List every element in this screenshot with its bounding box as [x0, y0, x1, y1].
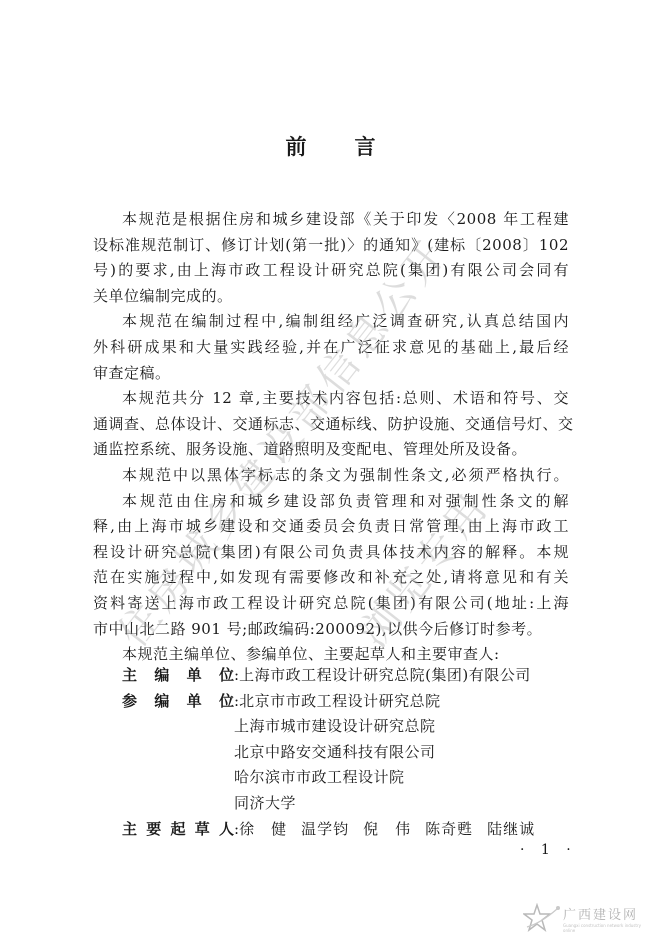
- logo-subtitle: Guangxi construction network industry on…: [563, 923, 653, 933]
- text-line: 本规范中以黑体字标志的条文为强制性条文,必须严格执行。: [93, 463, 569, 489]
- logo-name: 广西建设网: [563, 904, 638, 923]
- chief-unit-row: 主编单位:上海市政工程设计研究总院(集团)有限公司: [122, 663, 549, 689]
- participating-unit: 北京市市政工程设计研究总院: [239, 692, 441, 710]
- page-number: · 1 ·: [520, 842, 577, 858]
- chief-unit-label: 主编单位: [122, 663, 234, 689]
- text-line: 程设计研究总院(集团)有限公司负责具体技术内容的解释。本规: [93, 540, 569, 566]
- text-line: 释,由上海市城乡建设和交通委员会负责日常管理,由上海市政工: [93, 514, 569, 540]
- participating-unit: 上海市城市建设设计研究总院: [122, 717, 436, 735]
- text-line: 关单位编制完成的。: [93, 284, 569, 310]
- participating-unit-row: 同济大学: [122, 791, 549, 817]
- drafter-name: 倪 伟: [363, 817, 411, 843]
- text-line: 市中山北二路 901 号;邮政编码:200092),以供今后修订时参考。: [93, 617, 569, 643]
- drafter-name: 徐 健: [239, 817, 287, 843]
- preface-body: 本规范是根据住房和城乡建设部《关于印发〈2008 年工程建 设标准规范制订、修订…: [93, 207, 569, 668]
- text-line: 本规范由住房和城乡建设部负责管理和对强制性条文的解: [93, 489, 569, 515]
- text-line: 本规范共分 12 章,主要技术内容包括:总则、术语和符号、交: [93, 386, 569, 412]
- drafter-name: 陈奇甦: [425, 817, 473, 843]
- star-logo-icon: [523, 903, 561, 933]
- document-page: 前言 本规范是根据住房和城乡建设部《关于印发〈2008 年工程建 设标准规范制订…: [0, 0, 661, 945]
- participating-label: 参编单位: [122, 689, 234, 715]
- site-logo: 广西建设网 Guangxi construction network indus…: [523, 903, 653, 933]
- drafters-row: 主要起草人:徐 健温学钧倪 伟陈奇甦陆继诚: [122, 817, 549, 843]
- participating-unit-row: 北京中路安交通科技有限公司: [122, 740, 549, 766]
- participating-unit-row: 参编单位:北京市市政工程设计研究总院: [122, 689, 549, 715]
- text-line: 号)的要求,由上海市政工程设计研究总院(集团)有限公司会同有: [93, 258, 569, 284]
- title-char: 言: [355, 131, 376, 161]
- participating-unit-row: 上海市城市建设设计研究总院: [122, 714, 549, 740]
- text-line: 范在实施过程中,如发现有需要修改和补充之处,请将意见和有关: [93, 565, 569, 591]
- participating-unit: 同济大学: [122, 794, 296, 812]
- text-line: 本规范在编制过程中,编制组经广泛调查研究,认真总结国内: [93, 309, 569, 335]
- text-line: 外科研成果和大量实践经验,并在广泛征求意见的基础上,最后经: [93, 335, 569, 361]
- chief-unit-value: 上海市政工程设计研究总院(集团)有限公司: [239, 666, 531, 684]
- text-line: 资料寄送上海市政工程设计研究总院(集团)有限公司(地址:上海: [93, 591, 569, 617]
- text-line: 本规范是根据住房和城乡建设部《关于印发〈2008 年工程建: [93, 207, 569, 233]
- credits-section: 主编单位:上海市政工程设计研究总院(集团)有限公司 参编单位:北京市市政工程设计…: [122, 663, 549, 842]
- text-line: 审查定稿。: [93, 361, 569, 387]
- page-title: 前言: [0, 131, 661, 161]
- participating-unit: 北京中路安交通科技有限公司: [122, 743, 436, 761]
- text-line: 通调查、总体设计、交通标志、交通标线、防护设施、交通信号灯、交: [93, 412, 569, 438]
- text-line: 通监控系统、服务设施、道路照明及变配电、管理处所及设备。: [93, 437, 569, 463]
- participating-unit-row: 哈尔滨市市政工程设计院: [122, 765, 549, 791]
- drafter-name: 陆继诚: [487, 817, 535, 843]
- text-line: 设标准规范制订、修订计划(第一批)〉的通知》(建标〔2008〕102: [93, 233, 569, 259]
- participating-unit: 哈尔滨市市政工程设计院: [122, 768, 405, 786]
- drafter-name: 温学钧: [301, 817, 349, 843]
- drafters-label: 主要起草人: [122, 817, 234, 843]
- title-char: 前: [286, 131, 307, 161]
